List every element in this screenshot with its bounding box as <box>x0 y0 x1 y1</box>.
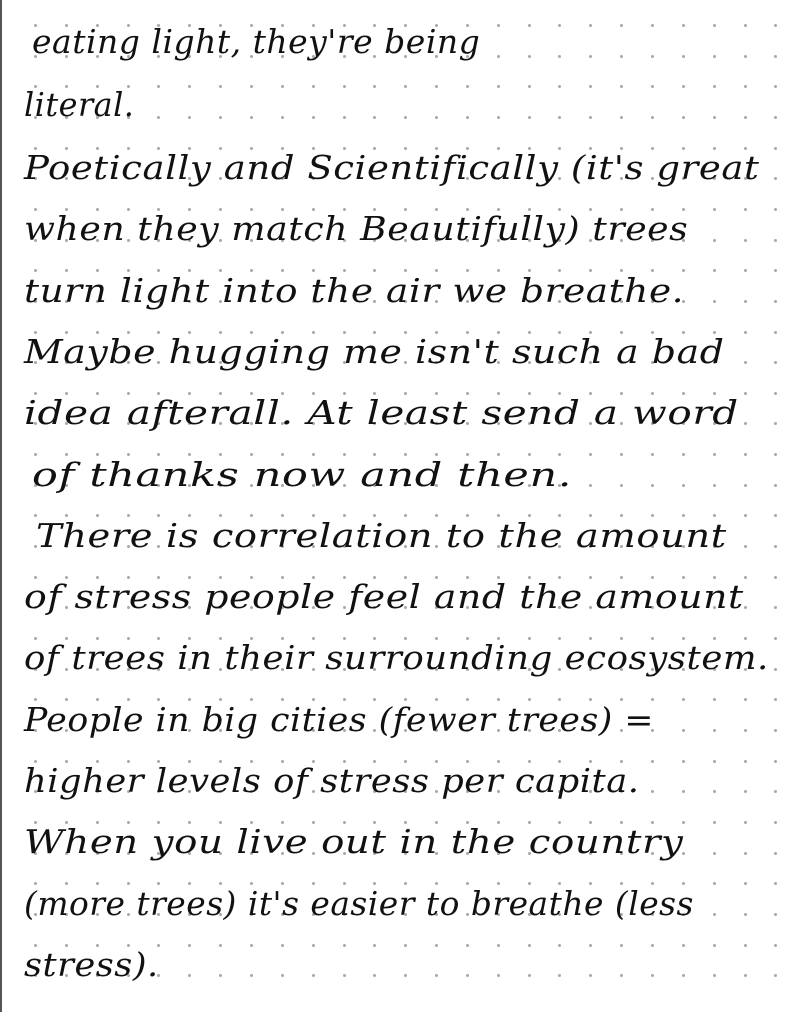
text-line-1: eating light, they're being <box>32 22 617 62</box>
text-line-3: Poetically and Scientifically (it's grea… <box>24 148 759 188</box>
handwritten-text: eating light, they're being literal. Poe… <box>2 0 801 1012</box>
text-line-11: of trees in their surrounding ecosystem. <box>24 638 769 678</box>
text-line-15: (more trees) it's easier to breathe (les… <box>24 884 694 924</box>
text-line-9: There is correlation to the amount <box>36 516 727 556</box>
text-line-5: turn light into the air we breathe. <box>24 271 684 311</box>
text-line-16: stress). <box>24 945 159 985</box>
text-line-8: of thanks now and then. <box>32 455 572 495</box>
text-line-14: When you live out in the country <box>24 822 684 862</box>
notebook-page: eating light, they're being literal. Poe… <box>0 0 801 1012</box>
text-line-12: People in big cities (fewer trees) = <box>24 700 654 740</box>
text-line-13: higher levels of stress per capita. <box>24 761 640 801</box>
text-line-6: Maybe hugging me isn't such a bad <box>24 332 725 372</box>
text-line-4: when they match Beautifully) trees <box>24 209 688 249</box>
text-line-7: idea afterall. At least send a word <box>24 393 739 433</box>
text-line-2: literal. <box>24 85 134 125</box>
text-line-10: of stress people feel and the amount <box>24 577 744 617</box>
